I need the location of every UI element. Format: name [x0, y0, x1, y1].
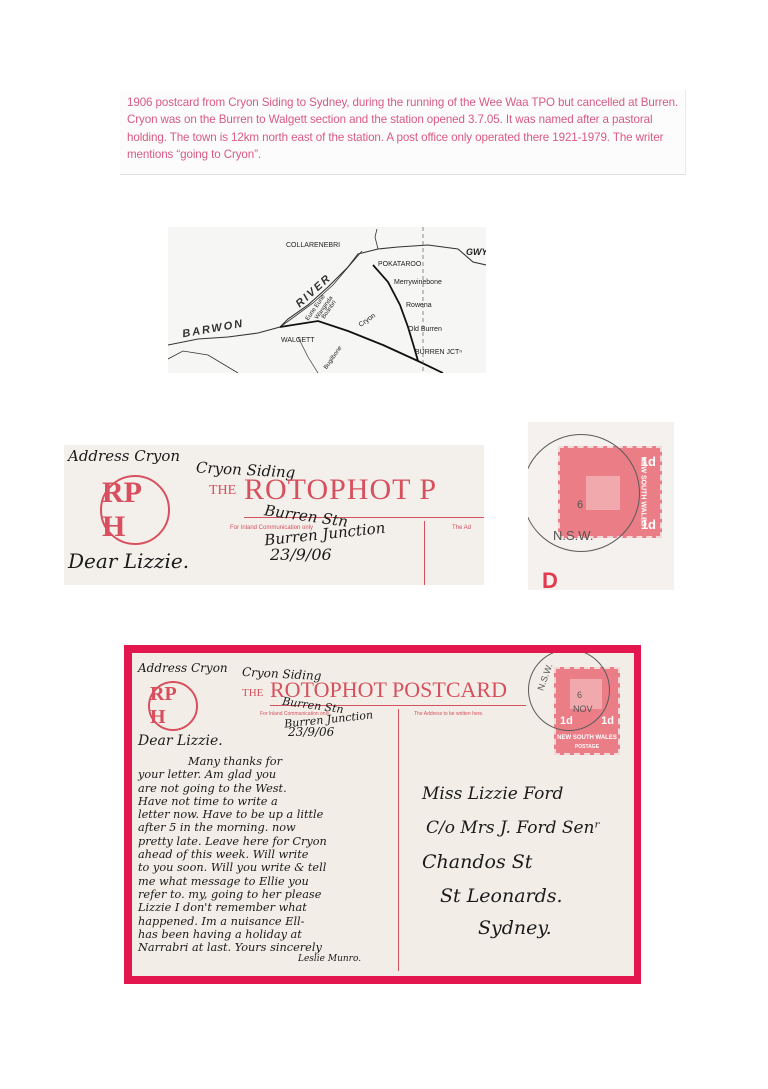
caption-text: 1906 postcard from Cryon Siding to Sydne… — [120, 90, 685, 164]
postmark-month: NOV — [573, 704, 593, 714]
message-line: Many thanks for — [138, 755, 400, 768]
message-line: your letter. Am glad you — [138, 768, 400, 781]
logo-monogram-full: RP H — [150, 683, 196, 729]
printed-address-note: The Ad — [452, 525, 471, 531]
postmark-day-full: 6 — [577, 690, 582, 700]
message-line: after 5 in the morning. now — [138, 821, 400, 834]
hand-address-note: Address Cryon — [68, 447, 180, 465]
addressee-line: St Leonards. — [422, 879, 600, 913]
addressee-line: Sydney. — [422, 913, 600, 943]
message-signature: Leslie Munro. — [138, 954, 400, 965]
message-line: has been having a holiday at — [138, 928, 400, 941]
message-line: Have not time to write a — [138, 795, 400, 808]
map-label-pokataroo: POKATAROO — [378, 261, 421, 268]
map-label-merrywinebone: Merrywinebone — [394, 279, 442, 286]
stamp-enlargement: 1d NEW SOUTH WALES 1d N.S.W. 6 D — [528, 422, 674, 590]
rotophot-logo: RP H — [100, 475, 170, 545]
message-line: refer to. my, going to her please — [138, 888, 400, 901]
map-label-old-burren: Old Burren — [408, 326, 442, 333]
message-line: letter now. Have to be up a little — [138, 808, 400, 821]
postmark-nsw-full: N.S.W. — [536, 662, 555, 692]
rotophot-logo-full: RP H — [148, 681, 198, 731]
printed-divider — [424, 521, 425, 585]
postmark-nsw: N.S.W. — [553, 528, 593, 543]
message-line: Lizzie I don't remember what — [138, 901, 400, 914]
printed-d-fragment: D — [542, 568, 558, 590]
addressee-line: Miss Lizzie Ford — [422, 777, 600, 811]
map-label-rowena: Rowena — [406, 302, 432, 309]
postcard-header-enlargement: Address Cryon Cryon Siding RP H THE ROTO… — [64, 445, 484, 585]
addressee-block: Miss Lizzie Ford C/o Mrs J. Ford Senʳ Ch… — [422, 777, 600, 943]
hand-date: 23/9/06 — [270, 545, 332, 564]
map-label-walgett: WALGETT — [281, 337, 315, 344]
map-label-burren-jct: BURREN JCTⁿ — [415, 349, 462, 356]
map-label-collarenebri: COLLARENEBRI — [286, 242, 340, 249]
logo-monogram: RP H — [102, 476, 168, 544]
message-line: happened. Im a nuisance Ell- — [138, 915, 400, 928]
stamp-value-right: 1d — [601, 715, 614, 727]
railway-map: COLLARENEBRI GWY POKATAROO Merrywinebone… — [168, 227, 486, 373]
message-line: pretty late. Leave here for Cryon — [138, 835, 400, 848]
message-line: ahead of this week. Will write — [138, 848, 400, 861]
stamp-country-full: NEW SOUTH WALES — [556, 735, 618, 741]
message-line: are not going to the West. — [138, 782, 400, 795]
hand-greeting: Dear Lizzie. — [68, 549, 189, 573]
map-label-gwy: GWY — [466, 247, 486, 257]
message-line: me what message to Ellie you — [138, 875, 400, 888]
stamp-country: NEW SOUTH WALES — [640, 457, 647, 527]
hand-date-full: 23/9/06 — [288, 725, 334, 739]
addressee-line: Chandos St — [422, 845, 600, 879]
message-line: Narrabri at last. Yours sincerely — [138, 941, 400, 954]
postmark-day: 6 — [577, 499, 583, 511]
stamp-postage: POSTAGE — [556, 744, 618, 750]
printed-address-note-full: The Address to be written here. — [414, 711, 483, 717]
addressee-line: C/o Mrs J. Ford Senʳ — [422, 811, 600, 845]
stamp-value-bottom: 1d — [641, 517, 656, 532]
printed-the: THE — [209, 483, 236, 499]
printed-the-full: THE — [242, 687, 263, 699]
postcard-full: Address Cryon Cryon Siding RP H THE ROTO… — [132, 653, 634, 976]
message-line: to you soon. Will you write & tell — [138, 861, 400, 874]
message-body: Many thanks for your letter. Am glad you… — [138, 755, 400, 965]
hand-address-note-full: Address Cryon — [138, 661, 228, 675]
hand-greeting-full: Dear Lizzie. — [138, 733, 223, 749]
caption-box: 1906 postcard from Cryon Siding to Sydne… — [120, 90, 686, 175]
